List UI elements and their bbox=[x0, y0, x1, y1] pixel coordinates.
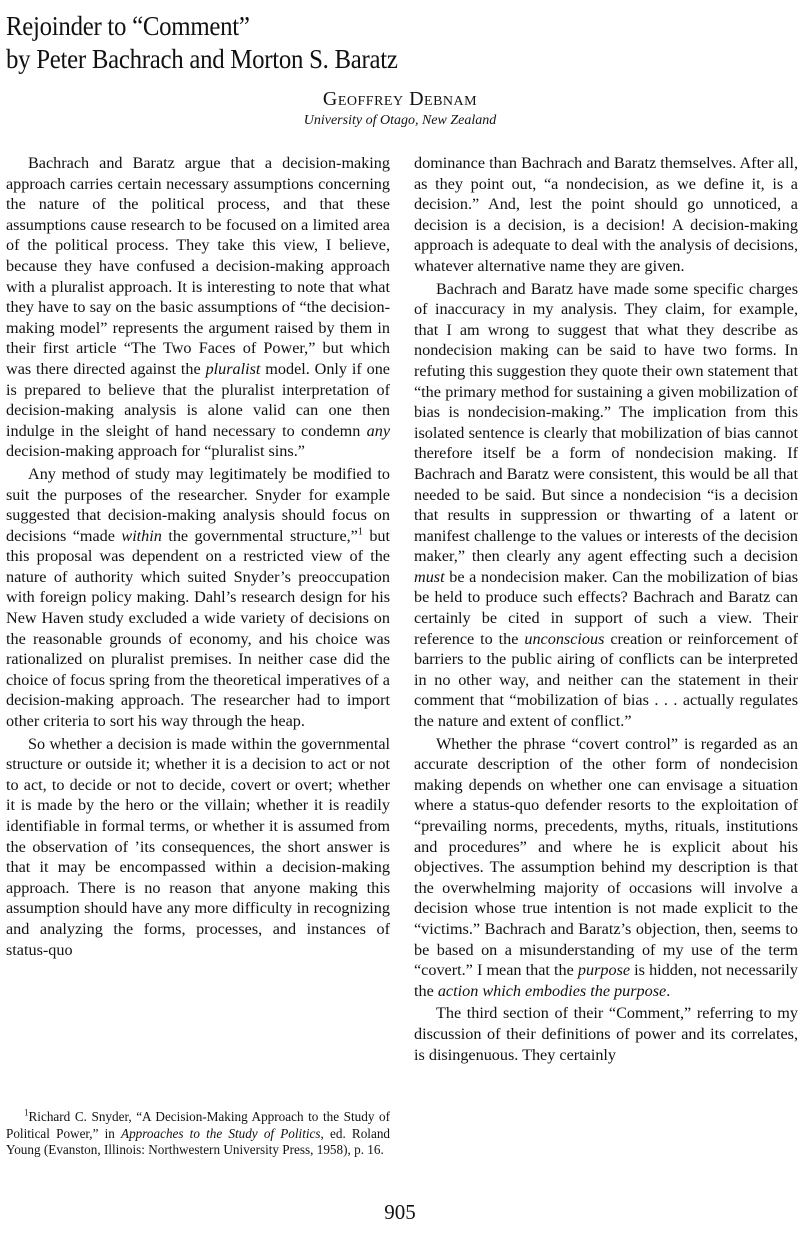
paragraph: dominance than Bachrach and Baratz thems… bbox=[414, 153, 798, 277]
article-title: Rejoinder to “Comment” by Peter Bachrach… bbox=[6, 10, 398, 76]
footnote: 1Richard C. Snyder, “A Decision-Making A… bbox=[6, 1109, 390, 1159]
left-column: Bachrach and Baratz argue that a decisio… bbox=[6, 153, 390, 960]
right-column: dominance than Bachrach and Baratz thems… bbox=[414, 153, 798, 1065]
title-line-1: Rejoinder to “Comment” bbox=[6, 11, 250, 41]
paragraph: Whether the phrase “covert control” is r… bbox=[414, 734, 798, 1002]
title-line-2: by Peter Bachrach and Morton S. Baratz bbox=[6, 44, 398, 74]
paragraph: Bachrach and Baratz have made some speci… bbox=[414, 279, 798, 732]
paragraph: The third section of their “Comment,” re… bbox=[414, 1003, 798, 1065]
paragraph: So whether a decision is made within the… bbox=[6, 734, 390, 961]
author-name: Geoffrey Debnam bbox=[0, 88, 800, 111]
page-number: 905 bbox=[0, 1200, 800, 1225]
paragraph: Any method of study may legitimately be … bbox=[6, 464, 390, 732]
author-affiliation: University of Otago, New Zealand bbox=[0, 113, 800, 129]
paragraph: Bachrach and Baratz argue that a decisio… bbox=[6, 153, 390, 462]
